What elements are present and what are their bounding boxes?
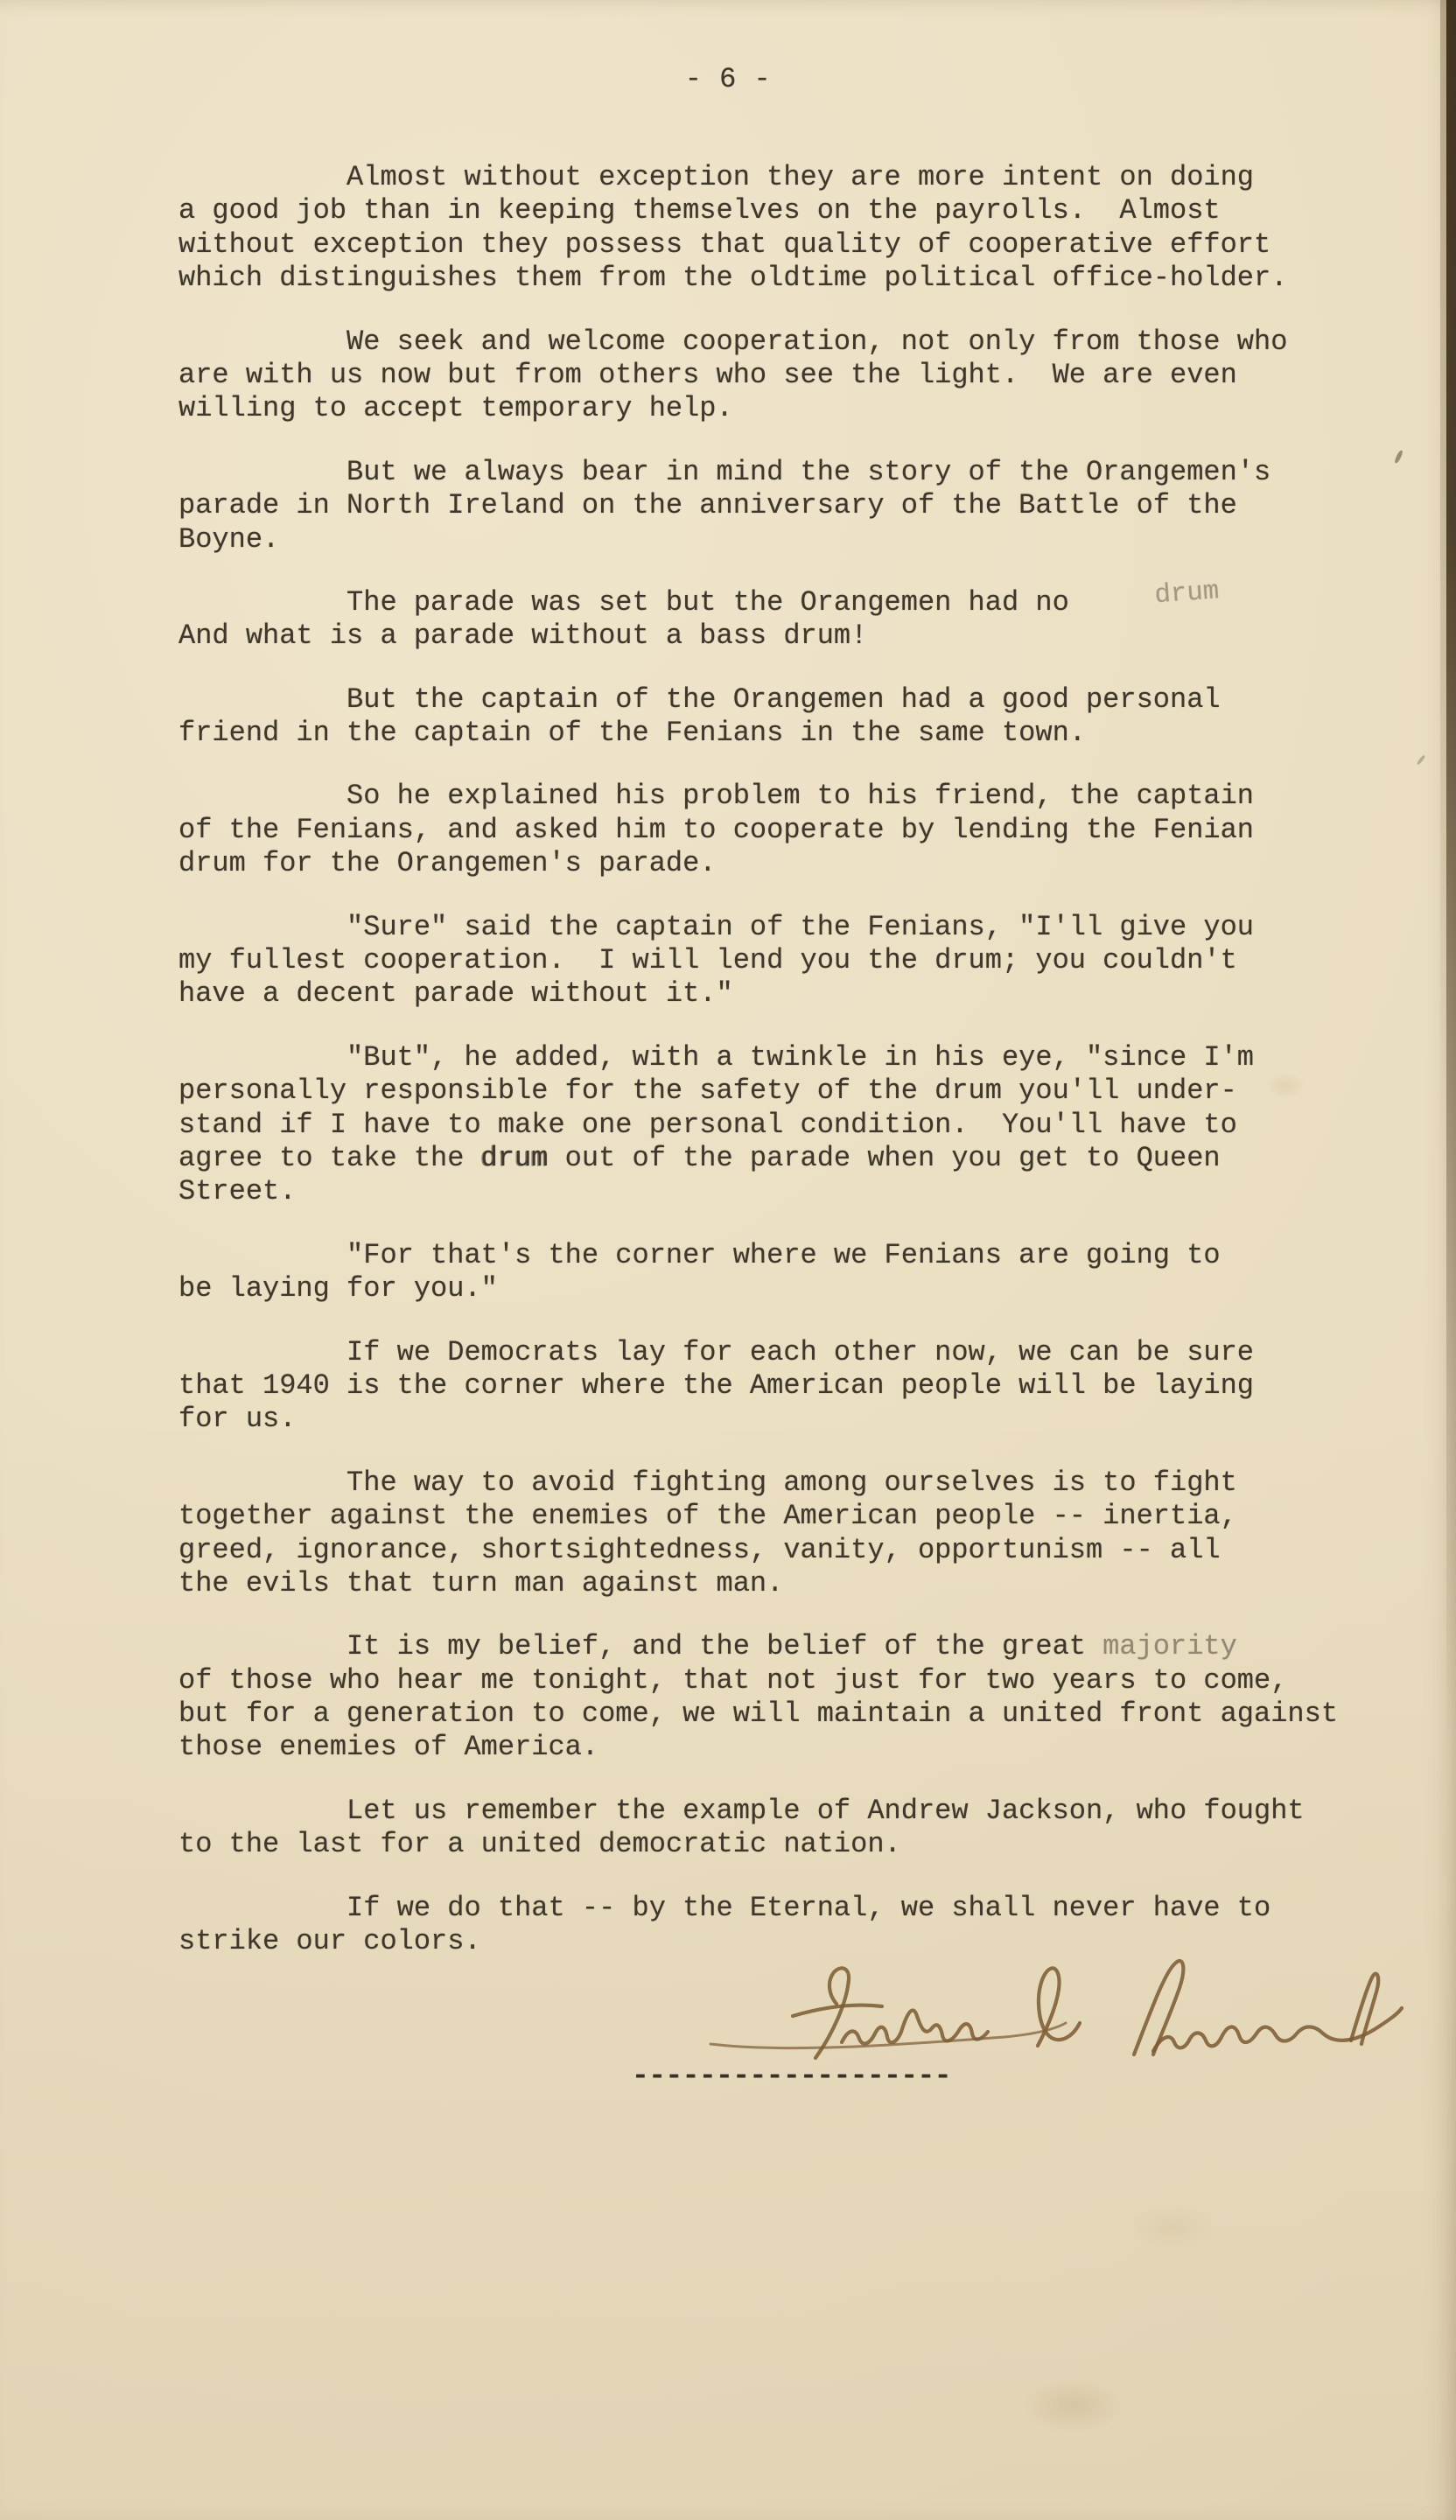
text-line: "But", he added, with a twinkle in his e…	[178, 1041, 1403, 1074]
text-segment: but for a generation to come, we will ma…	[178, 1697, 1338, 1730]
paper-stain	[1130, 2205, 1214, 2250]
text-segment: agree to take the	[178, 1142, 481, 1174]
text-line: but for a generation to come, we will ma…	[178, 1697, 1403, 1731]
text-segment: to the last for a united democratic nati…	[178, 1828, 901, 1860]
paragraph: It is my belief, and the belief of the g…	[178, 1630, 1403, 1765]
text-line: have a decent parade without it."	[178, 977, 1403, 1011]
text-line: personally responsible for the safety of…	[178, 1074, 1403, 1108]
text-segment: my fullest cooperation. I will lend you …	[178, 944, 1237, 976]
text-line: are with us now but from others who see …	[178, 359, 1403, 392]
text-segment: friend in the captain of the Fenians in …	[178, 717, 1086, 749]
text-segment: drum	[1153, 575, 1220, 612]
text-line: greed, ignorance, shortsightedness, vani…	[178, 1534, 1403, 1567]
text-segment: without exception they possess that qual…	[178, 228, 1270, 261]
paragraph: "Sure" said the captain of the Fenians, …	[178, 911, 1403, 1011]
text-line: a good job than in keeping themselves on…	[178, 194, 1403, 227]
text-line: strike our colors.	[178, 1925, 1403, 1958]
page-right-edge-shadow	[1446, 0, 1456, 1881]
paragraph: If we Democrats lay for each other now, …	[178, 1336, 1403, 1437]
text-segment: "For that's the corner where we Fenians …	[178, 1239, 1221, 1271]
paragraph: We seek and welcome cooperation, not onl…	[178, 325, 1403, 426]
text-segment: Boyne.	[178, 523, 279, 556]
text-segment: And what is a parade without a bass drum…	[178, 619, 867, 652]
text-segment: "But", he added, with a twinkle in his e…	[178, 1041, 1254, 1074]
text-segment: personally responsible for the safety of…	[178, 1074, 1237, 1107]
text-line: And what is a parade without a bass drum…	[178, 619, 1403, 653]
text-line: friend in the captain of the Fenians in …	[178, 717, 1403, 750]
text-line: Let us remember the example of Andrew Ja…	[178, 1795, 1403, 1828]
paragraph: "For that's the corner where we Fenians …	[178, 1239, 1403, 1306]
text-segment: So he explained his problem to his frien…	[178, 780, 1254, 812]
signature-typed-rule: -------------------	[632, 2060, 951, 2093]
text-segment: Street.	[178, 1175, 296, 1207]
text-segment: of the Fenians, and asked him to coopera…	[178, 814, 1254, 846]
text-segment: If we Democrats lay for each other now, …	[178, 1336, 1254, 1368]
text-segment: greed, ignorance, shortsightedness, vani…	[178, 1534, 1221, 1566]
text-line: Boyne.	[178, 523, 1403, 556]
text-line: We seek and welcome cooperation, not onl…	[178, 325, 1403, 359]
text-line: If we do that -- by the Eternal, we shal…	[178, 1892, 1403, 1925]
document-page: - 6 - Almost without exception they are …	[0, 0, 1456, 2520]
text-segment: drum	[481, 1142, 549, 1174]
paragraph: But we always bear in mind the story of …	[178, 456, 1403, 556]
text-line: the evils that turn man against man.	[178, 1567, 1403, 1600]
text-segment: If we do that -- by the Eternal, we shal…	[178, 1892, 1270, 1924]
text-line: But the captain of the Orangemen had a g…	[178, 683, 1403, 717]
text-segment: willing to accept temporary help.	[178, 392, 733, 424]
text-line: drum for the Orangemen's parade.	[178, 847, 1403, 880]
text-segment: majority	[1102, 1630, 1237, 1662]
text-line: It is my belief, and the belief of the g…	[178, 1630, 1403, 1663]
text-line: Street.	[178, 1175, 1403, 1208]
text-line: those enemies of America.	[178, 1731, 1403, 1764]
text-line: If we Democrats lay for each other now, …	[178, 1336, 1403, 1369]
text-segment: out of the parade when you get to Queen	[548, 1142, 1220, 1174]
text-segment: the evils that turn man against man.	[178, 1567, 783, 1599]
text-segment: The way to avoid fighting among ourselve…	[178, 1466, 1237, 1499]
text-segment: parade in North Ireland on the anniversa…	[178, 489, 1237, 521]
paragraph: The parade was set but the Orangemen had…	[178, 586, 1403, 654]
text-line: be laying for you."	[178, 1272, 1403, 1305]
text-line: The parade was set but the Orangemen had…	[178, 586, 1403, 619]
document-body: Almost without exception they are more i…	[178, 161, 1403, 1988]
paragraph: But the captain of the Orangemen had a g…	[178, 683, 1403, 751]
paper-stain	[1265, 1073, 1305, 1099]
text-line: my fullest cooperation. I will lend you …	[178, 944, 1403, 977]
paragraph: "But", he added, with a twinkle in his e…	[178, 1041, 1403, 1209]
text-line: willing to accept temporary help.	[178, 392, 1403, 425]
text-line: But we always bear in mind the story of …	[178, 456, 1403, 489]
text-segment: a good job than in keeping themselves on…	[178, 194, 1221, 227]
text-segment: of those who hear me tonight, that not j…	[178, 1664, 1287, 1697]
text-line: to the last for a united democratic nati…	[178, 1828, 1403, 1861]
text-line: for us.	[178, 1403, 1403, 1436]
text-segment: be laying for you."	[178, 1272, 498, 1305]
paragraph: If we do that -- by the Eternal, we shal…	[178, 1892, 1403, 1959]
text-segment: for us.	[178, 1403, 296, 1435]
paper-stain	[1022, 2378, 1123, 2432]
text-segment: Let us remember the example of Andrew Ja…	[178, 1795, 1305, 1827]
text-line: The way to avoid fighting among ourselve…	[178, 1466, 1403, 1500]
text-line: which distinguishes them from the oldtim…	[178, 262, 1403, 295]
text-segment: "Sure" said the captain of the Fenians, …	[178, 911, 1254, 943]
page-number: - 6 -	[0, 63, 1456, 95]
text-line: of those who hear me tonight, that not j…	[178, 1664, 1403, 1697]
text-line: without exception they possess that qual…	[178, 228, 1403, 262]
text-segment: together against the enemies of the Amer…	[178, 1500, 1237, 1532]
text-line: parade in North Ireland on the anniversa…	[178, 489, 1403, 522]
text-line: together against the enemies of the Amer…	[178, 1500, 1403, 1533]
text-line: that 1940 is the corner where the Americ…	[178, 1369, 1403, 1403]
text-segment: We seek and welcome cooperation, not onl…	[178, 325, 1287, 358]
text-line: "Sure" said the captain of the Fenians, …	[178, 911, 1403, 944]
text-segment: are with us now but from others who see …	[178, 359, 1237, 391]
paper-speck	[1416, 754, 1425, 766]
text-segment: stand if I have to make one personal con…	[178, 1109, 1237, 1141]
text-segment: that 1940 is the corner where the Americ…	[178, 1369, 1254, 1402]
text-segment: those enemies of America.	[178, 1731, 598, 1763]
paragraph: Almost without exception they are more i…	[178, 161, 1403, 296]
paragraph: Let us remember the example of Andrew Ja…	[178, 1795, 1403, 1862]
text-line: of the Fenians, and asked him to coopera…	[178, 814, 1403, 847]
text-segment: drum for the Orangemen's parade.	[178, 847, 717, 879]
text-segment: The parade was set but the Orangemen had…	[178, 586, 1153, 619]
text-line: stand if I have to make one personal con…	[178, 1109, 1403, 1142]
text-segment: strike our colors.	[178, 1925, 481, 1957]
text-segment: But the captain of the Orangemen had a g…	[178, 683, 1221, 716]
text-line: So he explained his problem to his frien…	[178, 780, 1403, 813]
text-segment: have a decent parade without it."	[178, 977, 733, 1010]
text-line: "For that's the corner where we Fenians …	[178, 1239, 1403, 1272]
text-segment: which distinguishes them from the oldtim…	[178, 262, 1287, 294]
text-line: Almost without exception they are more i…	[178, 161, 1403, 194]
text-segment: Almost without exception they are more i…	[178, 161, 1254, 193]
text-segment: But we always bear in mind the story of …	[178, 456, 1270, 488]
text-segment: It is my belief, and the belief of the g…	[178, 1630, 1102, 1662]
text-line: agree to take the drum out of the parade…	[178, 1142, 1403, 1175]
paragraph: So he explained his problem to his frien…	[178, 780, 1403, 880]
paragraph: The way to avoid fighting among ourselve…	[178, 1466, 1403, 1601]
